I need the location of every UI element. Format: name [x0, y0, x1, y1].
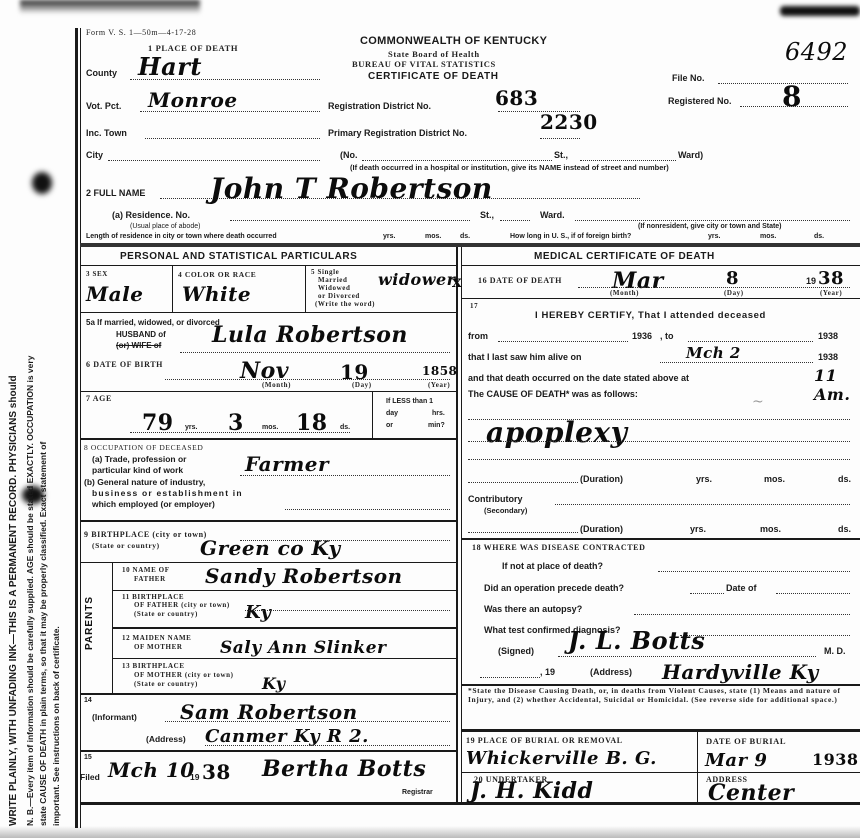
occupation-label: 8 OCCUPATION OF DECEASED [84, 443, 203, 452]
informant-addr-label: (Address) [146, 734, 186, 744]
signed-field[interactable] [558, 656, 816, 657]
less-than-day-2: day [386, 410, 398, 417]
cause-line-2[interactable] [468, 441, 850, 442]
divider [112, 590, 456, 591]
filed-year-prefix: 19 [190, 772, 199, 782]
age-mos-label: mos. [262, 424, 278, 431]
medical-section-title: MEDICAL CERTIFICATE OF DEATH [534, 251, 715, 262]
race-label: 4 COLOR OR RACE [178, 270, 256, 279]
duration-1-yrs: yrs. [696, 474, 712, 484]
divider [80, 520, 456, 522]
from-label: from [468, 331, 488, 341]
sex-label: 3 SEX [86, 270, 108, 278]
informant-label: (Informant) [92, 712, 137, 722]
not-place-field[interactable] [658, 571, 850, 572]
mother-label-2: OF MOTHER [134, 643, 183, 651]
header-certificate: CERTIFICATE OF DEATH [368, 71, 499, 82]
dod-field[interactable] [578, 287, 850, 288]
length-mos: mos. [425, 233, 441, 240]
operation-field[interactable] [690, 593, 724, 594]
duration-1-ds: ds. [838, 474, 851, 484]
less-than-day-3: hrs. [432, 410, 445, 417]
divider [80, 438, 456, 440]
divider [80, 391, 456, 392]
filed-num: 15 [84, 754, 92, 761]
county-value: Hart [138, 52, 202, 81]
spouse-value: Lula Robertson [212, 322, 408, 348]
divider [305, 266, 306, 312]
to-label: , to [660, 331, 674, 341]
divider [80, 562, 456, 563]
marital-label-5: (Write the word) [315, 300, 375, 308]
divider [80, 693, 456, 695]
mother-bp-2: OF MOTHER (city or town) [134, 671, 234, 679]
vot-pct-label: Vot. Pct. [86, 101, 121, 111]
us-ds: ds. [814, 233, 824, 240]
full-name-label: 2 FULL NAME [86, 188, 145, 198]
margin-text-3: state CAUSE OF DEATH in plain terms, so … [38, 442, 48, 826]
dob-label: 6 DATE OF BIRTH [86, 360, 163, 369]
marital-label-3: Widowed [318, 284, 350, 292]
reg-district-label: Registration District No. [328, 101, 431, 111]
father-value: Sandy Robertson [205, 564, 403, 588]
marital-label-1: 5 Single [311, 268, 339, 276]
dod-year-caption: (Year) [820, 289, 842, 297]
marital-value: widower [378, 270, 456, 289]
residence-st-label: St., [480, 210, 494, 220]
father-label-2: FATHER [134, 575, 166, 583]
registered-no-label: Registered No. [668, 96, 732, 106]
filed-date-value: Mch 10 [108, 758, 195, 782]
age-field[interactable] [130, 432, 350, 433]
scan-shadow-top [20, 0, 200, 14]
ward-label: Ward) [678, 150, 703, 160]
father-bp-2: OF FATHER (city or town) [134, 601, 230, 609]
cause-label: The CAUSE OF DEATH* was as follows: [468, 389, 638, 399]
divider [462, 729, 860, 732]
informant-field[interactable] [165, 721, 450, 722]
operation-date-field[interactable] [776, 593, 850, 594]
cause-value: apoplexy [486, 416, 627, 449]
dod-day-value: 8 [726, 268, 739, 289]
header-board: State Board of Health [388, 49, 480, 59]
dob-day-caption: (Day) [352, 381, 372, 389]
occ-b-label-3: which employed (or employer) [92, 499, 215, 509]
to-field[interactable] [688, 341, 813, 342]
date-of-label: Date of [726, 583, 757, 593]
stamp-number: 6492 [785, 38, 848, 66]
residence-ward-label: Ward. [540, 210, 565, 220]
spouse-field[interactable] [180, 352, 450, 353]
dod-label: 16 DATE OF DEATH [478, 276, 562, 285]
sex-value: Male [86, 282, 143, 306]
nonresident-note: (If nonresident, give city or town and S… [638, 223, 782, 230]
duration-1-mos: mos. [764, 474, 785, 484]
filed-year-value: 38 [202, 760, 231, 784]
undertaker-value: J. H. Kidd [470, 778, 593, 804]
sign-year-prefix: , 19 [540, 667, 555, 677]
length-residence-label: Length of residence in city or town wher… [86, 233, 277, 240]
father-bp-field[interactable] [245, 610, 450, 611]
spouse-label-1: 5a If married, widowed, or divorced [86, 318, 220, 327]
mother-value: Saly Ann Slinker [220, 638, 386, 658]
dod-year-prefix: 19 [806, 276, 816, 286]
divider [462, 538, 860, 540]
divider [462, 772, 860, 773]
certify-text: I HEREBY CERTIFY, That I attended deceas… [535, 310, 766, 321]
divider [80, 265, 456, 266]
registrar-label: Registrar [402, 789, 433, 796]
county-label: County [86, 68, 117, 78]
not-place-label: If not at place of death? [502, 561, 603, 571]
birthplace-field[interactable] [240, 540, 450, 541]
father-bp-value: Ky [245, 602, 271, 623]
mother-bp-value: Ky [262, 674, 285, 693]
no-label: (No. [340, 150, 358, 160]
mother-bp-1: 13 BIRTHPLACE [122, 662, 185, 670]
length-ds: ds. [460, 233, 470, 240]
informant-addr-value: Canmer Ky R 2. [205, 726, 369, 747]
divider [372, 392, 373, 438]
divider [697, 732, 698, 802]
primary-reg-label: Primary Registration District No. [328, 128, 467, 138]
race-value: White [182, 282, 251, 306]
father-bp-3: (State or country) [134, 610, 198, 618]
burial-year-value: 1938 [812, 750, 859, 769]
dob-year: 1858 [422, 364, 457, 378]
column-divider [456, 247, 458, 803]
spouse-label-2: HUSBAND of [116, 330, 166, 339]
section-divider [80, 243, 860, 247]
registered-no-value: 8 [782, 80, 802, 113]
contributory-label: Contributory [468, 494, 523, 504]
registrar-value: Bertha Botts [262, 756, 426, 782]
from-field[interactable] [498, 341, 628, 342]
margin-mark: x [452, 272, 462, 291]
occ-a-field[interactable] [240, 475, 450, 476]
md-label: M. D. [824, 646, 846, 656]
last-saw-label: that I last saw him alive on [468, 352, 582, 362]
divider [112, 627, 456, 629]
margin-text-4: important. See instructions on back of c… [51, 626, 61, 826]
burial-label: 19 PLACE OF BURIAL OR REMOVAL [466, 736, 623, 745]
how-long-us-label: How long in U. S., if of foreign birth? [510, 233, 631, 240]
occ-b-field[interactable] [285, 509, 450, 510]
informant-num: 14 [84, 697, 92, 704]
age-label: 7 AGE [86, 394, 112, 403]
informant-addr-field[interactable] [205, 745, 450, 746]
secondary-label: (Secondary) [484, 506, 527, 515]
parents-label: PARENTS [84, 596, 95, 650]
occ-a-label-1: (a) Trade, profession or [92, 454, 186, 464]
burial-value: Whickerville B. G. [466, 748, 657, 769]
dod-year-value: 38 [818, 268, 844, 289]
occ-a-value: Farmer [245, 452, 329, 476]
primary-reg-value: 2230 [540, 110, 598, 134]
last-saw-value: Mch 2 [686, 344, 741, 362]
divider [80, 312, 456, 313]
birthplace-label-1: 9 BIRTHPLACE (city or town) [84, 530, 207, 539]
address-value: Hardyville Ky [662, 660, 819, 684]
marital-label-2: Married [318, 276, 347, 284]
ward-field[interactable] [580, 160, 676, 161]
header-title: COMMONWEALTH OF KENTUCKY [360, 35, 547, 47]
column-divider-2 [461, 247, 462, 803]
dod-day-caption: (Day) [724, 289, 744, 297]
pencil-mark: ~ [752, 394, 764, 410]
file-no-label: File No. [672, 73, 705, 83]
residence-ward-field[interactable] [575, 220, 850, 221]
birthplace-label-2: (State or country) [92, 541, 160, 550]
less-than-day-4: or [386, 422, 393, 429]
length-yrs: yrs. [383, 233, 395, 240]
inc-town-label: Inc. Town [86, 128, 127, 138]
margin-text-1: WRITE PLAINLY, WITH UNFADING INK—THIS IS… [8, 375, 19, 826]
primary-reg-field[interactable] [540, 138, 580, 139]
from-year: 1936 [632, 331, 652, 341]
operation-label: Did an operation precede death? [484, 583, 624, 593]
last-saw-field[interactable] [660, 362, 813, 363]
duration-2-yrs: yrs. [690, 524, 706, 534]
mother-label-1: 12 MAIDEN NAME [122, 634, 191, 642]
undertaker-addr-value: Center [708, 780, 794, 806]
signed-label: (Signed) [498, 646, 534, 656]
death-time-value: 11 Am. [814, 366, 860, 404]
divider [80, 750, 456, 752]
duration-2-ds: ds. [838, 524, 851, 534]
spouse-label-3: (or) WIFE of [116, 341, 161, 350]
duration-1-field[interactable] [468, 482, 578, 483]
dod-month-caption: (Month) [610, 289, 639, 297]
city-field[interactable] [108, 160, 320, 161]
header-bureau: BUREAU OF VITAL STATISTICS [352, 59, 496, 69]
form-number: Form V. S. 1—50m—4-17-28 [86, 28, 196, 37]
death-occurred-label: and that death occurred on the date stat… [468, 373, 689, 383]
mother-bp-3: (State or country) [134, 680, 198, 688]
less-than-day-1: If LESS than 1 [386, 398, 433, 405]
city-label: City [86, 150, 103, 160]
cause-footnote: *State the Disease Causing Death, or, in… [468, 687, 856, 704]
margin-text-2: N. B.—Every item of information should b… [25, 356, 35, 826]
duration-2-field[interactable] [468, 532, 578, 533]
inc-town-field[interactable] [145, 138, 320, 139]
scan-shadow-bottom [0, 826, 860, 838]
scan-shadow-topright [780, 6, 860, 16]
age-ds-label: ds. [340, 424, 350, 431]
vot-pct-value: Monroe [148, 88, 238, 112]
reg-district-value: 683 [495, 86, 538, 110]
street-no-field[interactable] [362, 160, 552, 161]
duration-1-label: (Duration) [580, 474, 623, 484]
cause-line-3[interactable] [468, 459, 850, 460]
filed-label: Filed [80, 772, 100, 782]
usual-abode-note: (Usual place of abode) [130, 223, 200, 230]
hospital-note: (If death occurred in a hospital or inst… [350, 163, 669, 172]
sign-date-field[interactable] [480, 677, 540, 678]
divider [112, 658, 456, 659]
dob-field[interactable] [165, 379, 450, 380]
divider [462, 265, 860, 266]
contracted-label: 18 WHERE WAS DISEASE CONTRACTED [472, 543, 645, 552]
full-name-value: John T Robertson [210, 172, 493, 205]
to-year: 1938 [818, 331, 838, 341]
duration-2-label: (Duration) [580, 524, 623, 534]
dob-month-caption: (Month) [262, 381, 291, 389]
form-left-border-inner [80, 28, 81, 828]
address-label: (Address) [590, 667, 632, 677]
divider [462, 298, 860, 299]
personal-section-title: PERSONAL AND STATISTICAL PARTICULARS [120, 251, 357, 262]
signed-value: J. L. Botts [568, 626, 705, 655]
form-left-border [75, 28, 78, 828]
father-label-1: 10 NAME OF [122, 566, 170, 574]
burial-date-label: DATE OF BURIAL [706, 736, 786, 746]
less-than-day-5: min? [428, 422, 445, 429]
residence-no-field[interactable] [230, 220, 470, 221]
occ-b-label-1: (b) General nature of industry, [84, 477, 205, 487]
test-field[interactable] [680, 635, 850, 636]
us-yrs: yrs. [708, 233, 720, 240]
autopsy-field[interactable] [634, 614, 850, 615]
us-mos: mos. [760, 233, 776, 240]
father-bp-1: 11 BIRTHPLACE [122, 593, 184, 601]
last-saw-year: 1938 [818, 352, 838, 362]
occ-a-label-2: particular kind of work [92, 465, 183, 475]
residence-st-field[interactable] [500, 220, 530, 221]
occ-b-label-2: business or establishment in [92, 488, 243, 498]
marital-label-4: or Divorced [318, 292, 360, 300]
dob-year-caption: (Year) [428, 381, 450, 389]
age-yrs-label: yrs. [185, 424, 197, 431]
st-label: St., [554, 150, 568, 160]
contributory-field[interactable] [555, 504, 850, 505]
duration-2-mos: mos. [760, 524, 781, 534]
cert-num: 17 [470, 302, 478, 310]
residence-label: (a) Residence. No. [112, 210, 190, 220]
burial-date-value: Mar 9 [705, 750, 767, 771]
autopsy-label: Was there an autopsy? [484, 604, 582, 614]
ink-smudge [32, 172, 52, 194]
divider [172, 266, 173, 312]
